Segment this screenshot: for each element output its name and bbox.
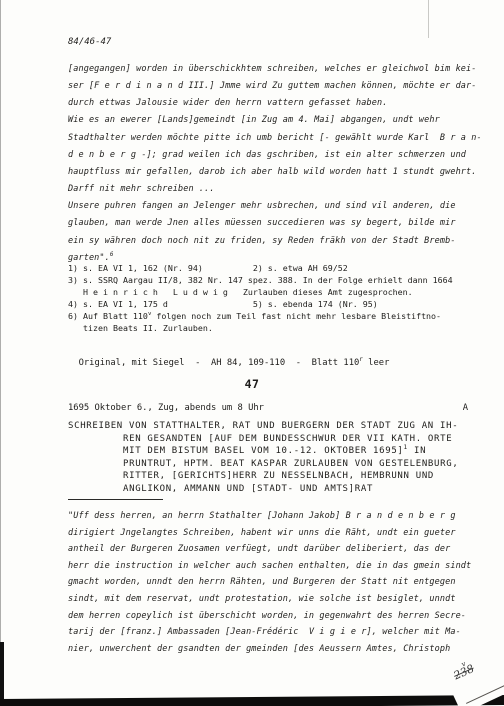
footnote-marker-6: 6 (110, 252, 114, 258)
excerpt-line: Darff nit mehr schreiben ... (68, 181, 472, 198)
quote-line: sindt, mit dem reservat, undt protestati… (68, 591, 472, 608)
title-line: SCHREIBEN VON STATTHALTER, RAT UND BUERG… (68, 420, 478, 433)
scan-edge-dark-left (0, 642, 4, 706)
quote-block: "Uff dess herren, an herrn Stathalter [J… (68, 508, 472, 657)
footnote-line: 3) s. SSRQ Aargau II/8, 382 Nr. 147 spez… (68, 274, 472, 286)
title-line: REN GESANDTEN [AUF DEM BUNDESSCHWUR DER … (68, 433, 478, 446)
dateline-row: 1695 Oktober 6., Zug, abends um 8 Uhr A (68, 403, 468, 413)
quote-line: gmacht worden, unndt den herrn Rähten, u… (68, 574, 472, 591)
dateline-text: 1695 Oktober 6., Zug, abends um 8 Uhr (68, 403, 264, 413)
source-line: Original, mit Siegel - AH 84, 109-110 - … (68, 348, 389, 368)
scan-edge-hairline-top-right (428, 0, 429, 38)
quote-line: nier, unwerchent der gsandten der gmeind… (68, 641, 472, 658)
quote-line: dirigiert Jngelangtes Schreiben, habent … (68, 525, 472, 542)
archive-reference: 84/46-47 (68, 37, 111, 47)
title-3-pre: MIT DEM BISTUM BASEL VOM 10.-12. OKTOBER… (123, 446, 404, 456)
excerpt-line: Stadthalter werden möchte pitte ich umb … (68, 130, 472, 147)
excerpt-line: glauben, man werde Jnen alles müessen su… (68, 215, 472, 232)
excerpt-line: ser [F e r d i n a n d III.] Jmme wird Z… (68, 78, 472, 95)
source-post: leer (363, 358, 389, 368)
quote-line: "Uff dess herren, an herrn Stathalter [J… (68, 508, 472, 525)
quote-line: herr die instruction in welcher auch sac… (68, 558, 472, 575)
excerpt-line: hauptfluss mir gefallen, darob ich aber … (68, 164, 472, 181)
quote-line: tarij der [franz.] Ambassaden [Jean-Fréd… (68, 624, 472, 641)
footnote-6-pre: 6) Auf Blatt 110 (68, 311, 148, 321)
scan-edge-dark-bottom (0, 695, 504, 706)
footnote-line: tizen Beats II. Zurlauben. (68, 322, 472, 334)
footnote-line-6: 6) Auf Blatt 110v folgen noch zum Teil f… (68, 310, 472, 322)
document-number: 47 (0, 377, 504, 391)
excerpt-line: durch ettwas Jalousie wider den herrn va… (68, 95, 472, 112)
excerpt-block: [angegangen] worden in überschickhtem sc… (68, 61, 472, 267)
source-pre: Original, mit Siegel - AH 84, 109-110 - … (79, 358, 360, 368)
quote-line: dem herren copeylich ist überschicht wor… (68, 608, 472, 625)
title-line: RITTER, [GERICHTS]HERR ZU NESSELNBACH, H… (68, 470, 478, 483)
marginal-letter: A (463, 403, 468, 413)
scanned-archive-page: { "page": { "header_ref": "84/46-47", "d… (0, 0, 504, 706)
scan-edge-hairline-left (0, 0, 1, 706)
regest-title-block: SCHREIBEN VON STATTHALTER, RAT UND BUERG… (68, 420, 478, 495)
footnote-line: 4) s. EA VI 1, 175 d 5) s. ebenda 174 (N… (68, 298, 472, 310)
quote-line: antheil der Burgeren Zuosamen verfüegt, … (68, 541, 472, 558)
title-line: PRUNTRUT, HPTM. BEAT KASPAR ZURLAUBEN VO… (68, 458, 478, 471)
footnote-line: H e i n r i c h L u d w i g Zurlauben di… (68, 286, 472, 298)
excerpt-line: d e n b e r g -]; grad weilen ich das gs… (68, 147, 472, 164)
excerpt-line: Wie es an ewerer [Lands]gemeindt [in Zug… (68, 112, 472, 129)
excerpt-line: ein sy währen doch noch nit zu friden, s… (68, 233, 472, 250)
footnote-line: 1) s. EA VI 1, 162 (Nr. 94) 2) s. etwa A… (68, 262, 472, 274)
handwritten-page-number: v 238 (450, 658, 475, 679)
excerpt-line: Unsere puhren fangen an Jelenger mehr us… (68, 198, 472, 215)
footnote-separator-rule (68, 499, 163, 500)
footnote-6-post: folgen noch zum Teil fast nicht mehr les… (151, 311, 441, 321)
title-line: ANGLIKON, AMMANN UND [STADT- UND AMTS]RA… (68, 483, 478, 496)
excerpt-line: [angegangen] worden in überschickhtem sc… (68, 61, 472, 78)
footnotes-block: 1) s. EA VI 1, 162 (Nr. 94) 2) s. etwa A… (68, 262, 472, 335)
title-3-post: IN (408, 446, 426, 456)
title-line-with-note: MIT DEM BISTUM BASEL VOM 10.-12. OKTOBER… (68, 445, 478, 458)
